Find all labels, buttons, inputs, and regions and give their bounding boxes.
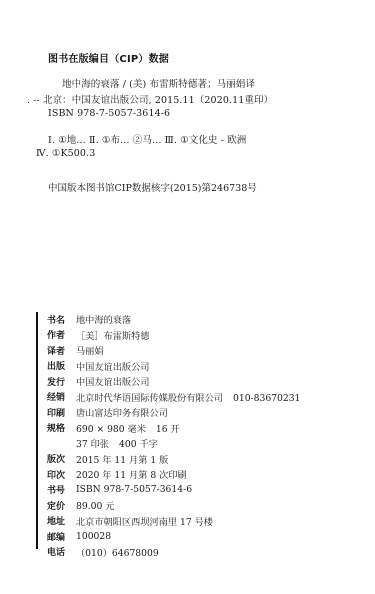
row-value: ISBN 978-7-5057-3614-6 [76,484,192,495]
row-label: 邮编 [47,530,73,543]
row-label: 印次 [47,468,73,481]
row-value: 2020 年 11 月第 8 次印刷 [76,467,187,481]
row-value: 2015 年 11 月第 1 版 [76,452,168,466]
row-value: 690 × 980 毫米16 开 [76,421,180,435]
row-label: 电话 [47,545,73,558]
cip-title: 图书在版编目（CIP）数据 [48,50,169,65]
row-label: 版次 [47,452,73,465]
row-label: 定价 [47,499,73,512]
cip-approval-number: 中国版本图书馆CIP数据核字(2015)第246738号 [48,180,257,194]
row-label: 作者 [47,328,73,341]
row-value: （010）64678009 [76,545,159,559]
seller-name: 北京时代华语国际传媒股份有限公司 [76,393,223,404]
row-value: 37 印张400 千字 [76,436,158,450]
row-label: 书名 [47,313,73,326]
cip-line-title-author: 地中海的衰落 / (美) 布雷斯特德著；马丽娟译 [62,76,255,90]
row-label: 印刷 [47,406,73,419]
row-value: 中国友谊出版公司 [76,374,150,388]
colophon-block: 书名 地中海的衰落 作者 ［美］布雷斯特德 译者 马丽娟 出版 中国友谊出版公司… [36,312,358,549]
row-label: 地址 [47,514,73,527]
cip-line-isbn: ISBN 978-7-5057-3614-6 [48,108,170,119]
row-value: 唐山富达印务有限公司 [76,405,168,419]
printed-sheets: 37 印张 [76,439,109,450]
row-value: 89.00 元 [76,498,114,512]
row-value: 100028 [76,531,111,542]
row-label: 出版 [47,359,73,372]
row-label: 规格 [47,421,73,434]
folio: 16 开 [156,424,180,435]
word-count: 400 千字 [119,439,158,450]
row-value: 中国友谊出版公司 [76,359,150,373]
row-value: 马丽娟 [76,343,104,357]
row-label: 书号 [47,483,73,496]
row-label: 发行 [47,375,73,388]
row-label: 经销 [47,390,73,403]
row-label: 译者 [47,344,73,357]
row-value: 北京时代华语国际传媒股份有限公司010-83670231 [76,390,300,404]
cip-line-publisher: . -- 北京：中国友谊出版公司, 2015.11（2020.11重印） [27,92,273,106]
paper-size: 690 × 980 毫米 [76,424,146,435]
cip-line-classification: Ⅳ. ①K500.3 [36,148,95,159]
row-value: 北京市朝阳区西坝河南里 17 号楼 [76,514,213,528]
row-value: ［美］布雷斯特德 [76,328,150,342]
seller-phone: 010-83670231 [233,393,300,404]
row-value: 地中海的衰落 [76,312,131,326]
cip-line-subjects: Ⅰ. ①地… Ⅱ. ①布… ②马… Ⅲ. ①文化史 - 欧洲 [48,132,246,146]
